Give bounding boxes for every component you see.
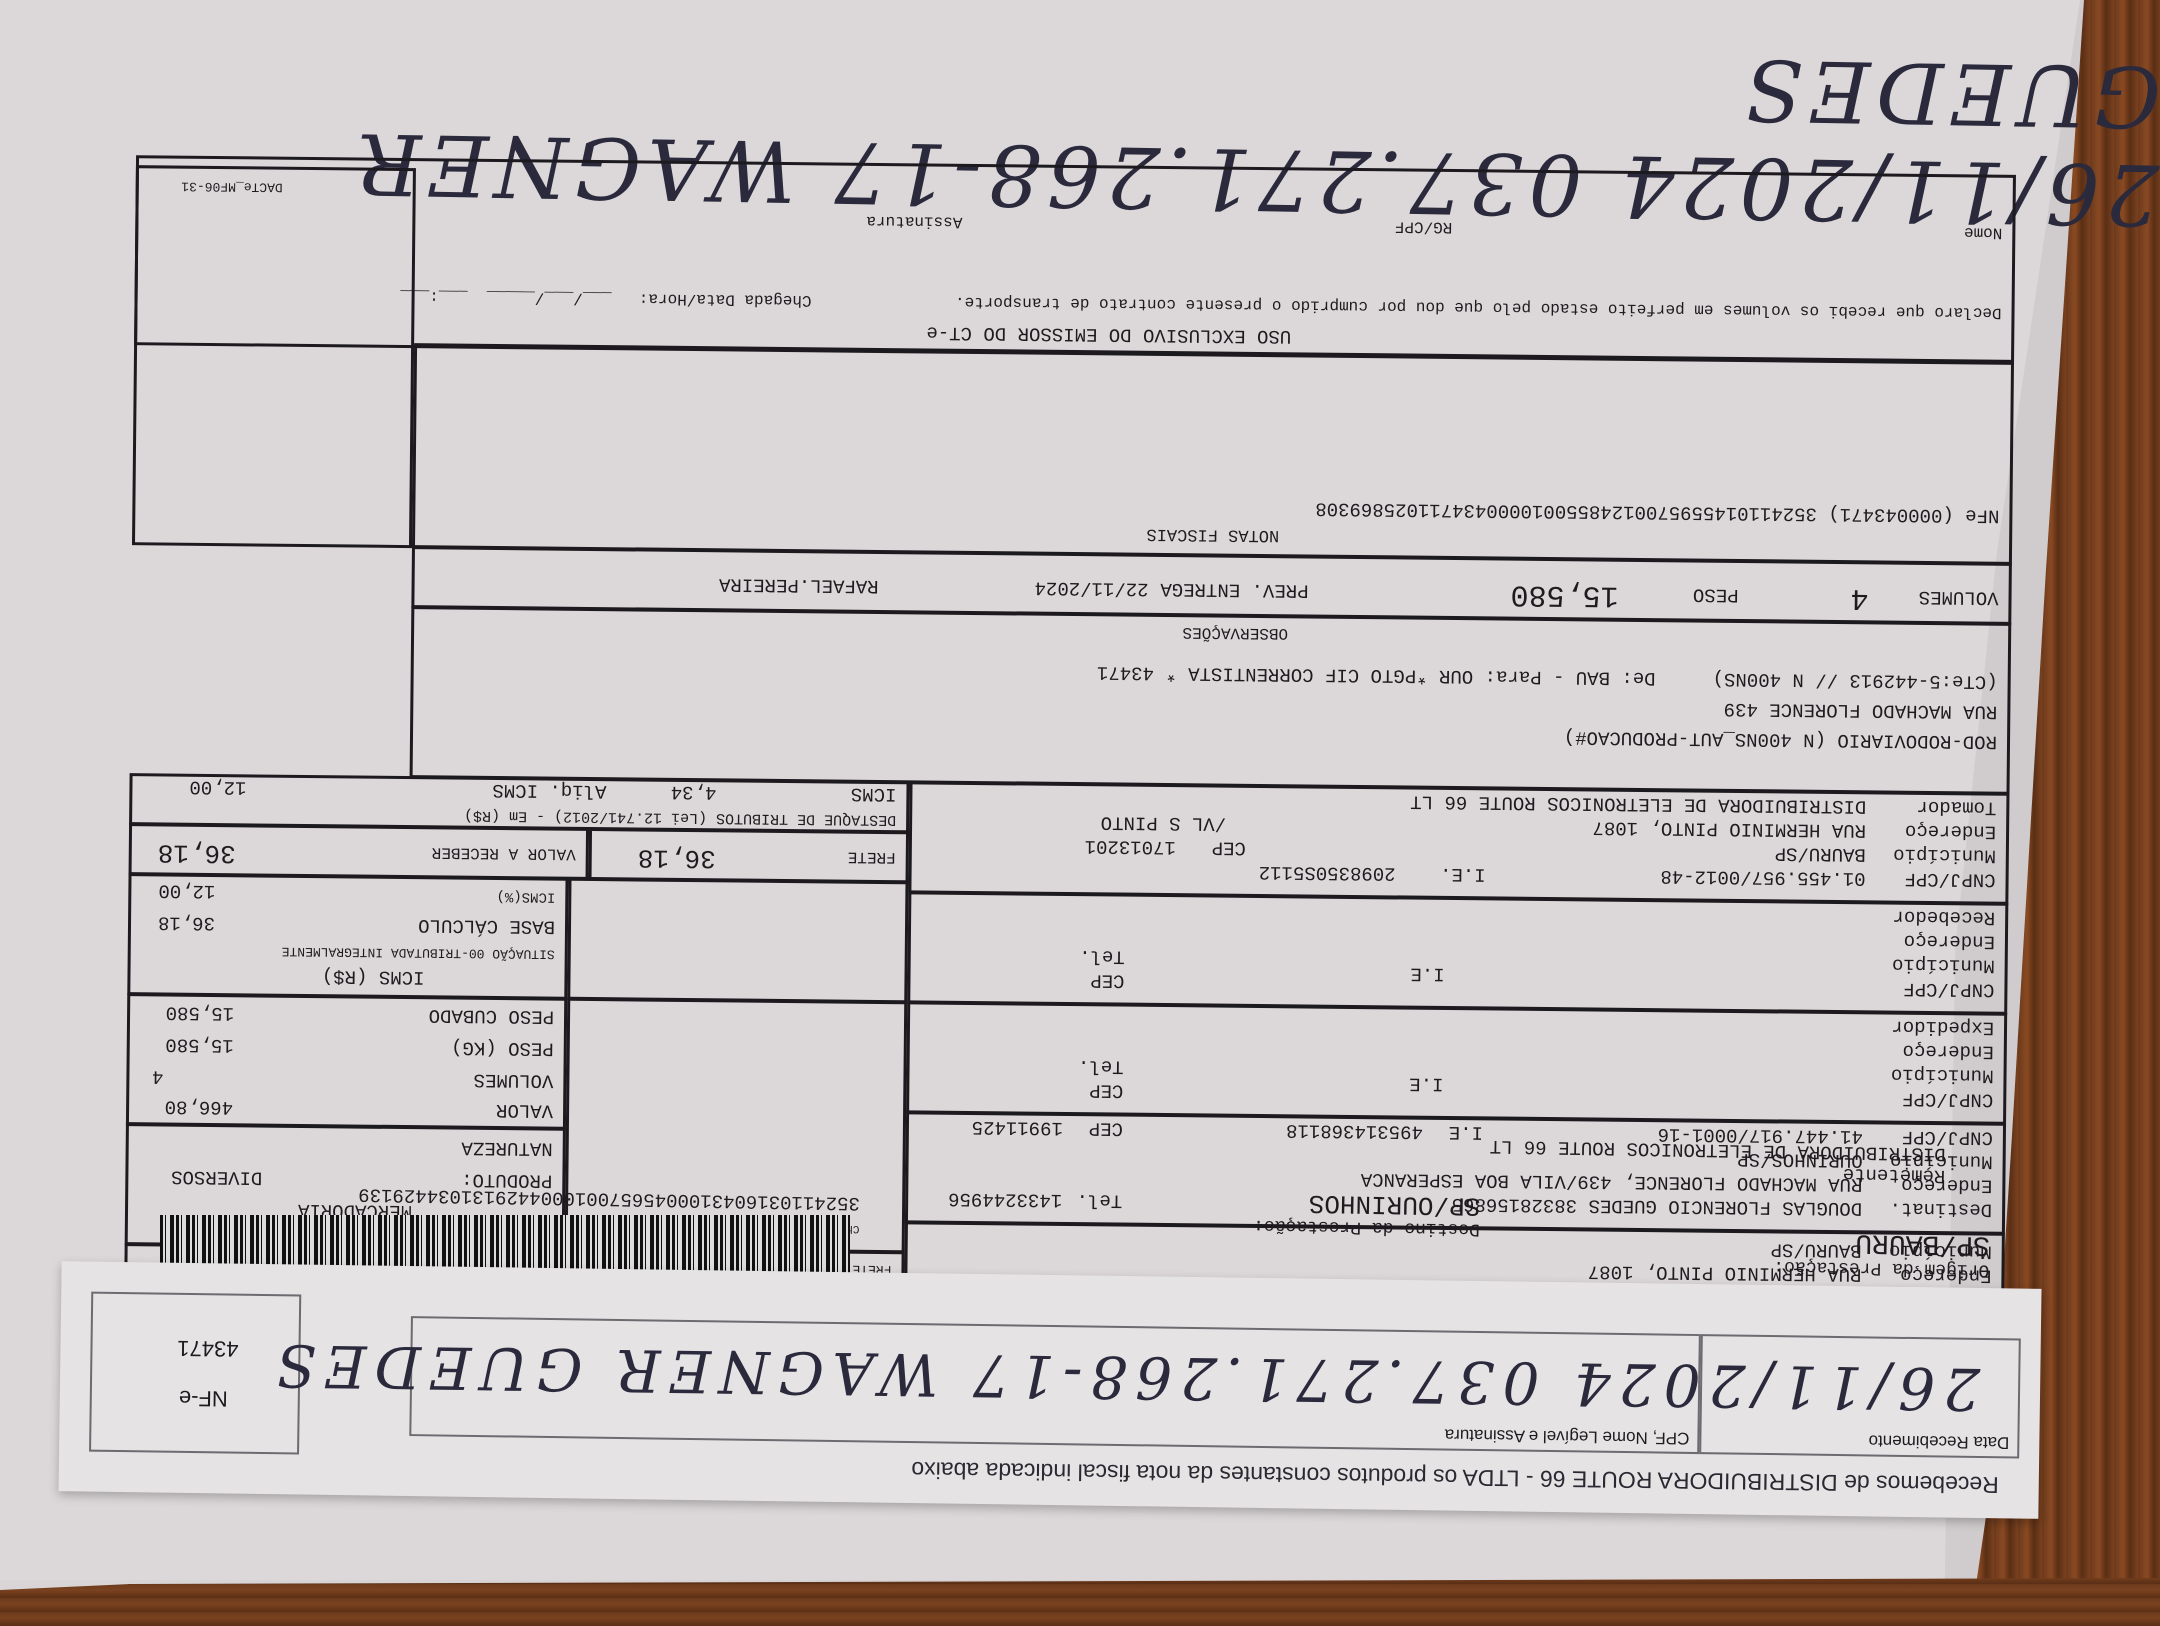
tomador-endereco-label: Endereço	[1905, 819, 1996, 842]
frete-value: 36,18	[638, 842, 716, 873]
frete-box: FRETE 36,18	[589, 828, 910, 883]
observacao-line-3: ROD-RODOVIARIO (N 400NS_AUT-PRODUCAO#)	[1564, 725, 1997, 751]
frete-label: FRETE	[848, 847, 896, 866]
destinatario-cep: 19911425	[972, 1115, 1063, 1138]
tomador-ie: 2098350S5112	[1259, 860, 1396, 883]
stub-sign-label: CPF, Nome Legível e Assinatura	[1445, 1425, 1690, 1448]
tomador-cep: 17013201	[1085, 834, 1176, 857]
recebedor-municipio-label: Município	[1892, 953, 1995, 976]
origem-label: Origem da Prestação:	[1773, 1256, 1989, 1280]
tributos-aliq-label: Aliq. ICMS	[492, 778, 606, 801]
icms-title: ICMS (R$)	[322, 964, 425, 987]
nfe-key: NFe (000043471) 352411014559570012485500…	[1315, 497, 1999, 526]
remetente-name-2: DISTRIBUIDORA DE ELETRONICOS ROUTE 66 LT	[1490, 1135, 1946, 1165]
observacoes-section: OBSERVAÇÕES (CTe:5-442913 // N 400NS) De…	[410, 606, 2012, 795]
destinatario-ie-label: I.E	[1449, 1120, 1483, 1142]
tomador-name: DISTRIBUIDORA DE ELETRONICOS ROUTE 66 LT	[1410, 790, 1866, 817]
stub-date-label: Data Recebimento	[1868, 1430, 2009, 1452]
carga-volumes-value: 4	[152, 1065, 164, 1087]
icms-situacao: SITUAÇÃO 00-TRIBUTADA INTEGRALMENTE	[282, 943, 555, 961]
remetente-label-2: Remetente	[1843, 1163, 1946, 1187]
stub-nfe-number: 43471	[177, 1335, 239, 1362]
icms-base-label: BASE CÁLCULO	[418, 913, 555, 936]
carga-valor-value: 466,80	[165, 1095, 234, 1118]
peso-cubado-label: PESO CUBADO	[429, 1003, 555, 1026]
volumes-value: 4	[1850, 580, 1868, 615]
tributos-aliq-value: 12,00	[189, 775, 246, 797]
tomador-ie-label: I.E.	[1440, 862, 1486, 884]
observacao-line-1: (CTe:5-442913 // N 400NS) De: BAU - Para…	[1097, 660, 1998, 691]
stub-statement: Recebemos de DISTRIBUIDORA ROUTE 66 - LT…	[911, 1456, 1999, 1498]
nfe-receipt-stub: Recebemos de DISTRIBUIDORA ROUTE 66 - LT…	[58, 1261, 2041, 1519]
valor-receber-label: VALOR A RECEBER	[432, 843, 576, 863]
notas-fiscais-title: NOTAS FISCAIS	[1146, 523, 1279, 544]
tomador-municipio: BAURU/SP	[1775, 842, 1866, 865]
recebedor-section: Recebedor Endereço Município CNPJ/CPF I.…	[907, 891, 2008, 1015]
receipt-section: USO EXCLUSIVO DO EMISSOR DO CT-e Declaro…	[134, 155, 2016, 365]
tomador-bairro: /VL S PINTO	[1101, 810, 1227, 833]
tomador-cnpj-label: CNPJ/CPF	[1904, 867, 1995, 890]
expedidor-tel-label: Tel.	[1078, 1054, 1124, 1076]
stub-nfe-label: NF-e	[179, 1385, 228, 1412]
tomador-cep-label: CEP	[1212, 836, 1246, 858]
valor-receber-value: 36,18	[158, 837, 236, 868]
arrival-label: Chegada Data/Hora:	[639, 289, 812, 309]
name-label: Nome	[1964, 223, 2003, 242]
icms-box	[567, 878, 908, 1004]
peso-label: PESO	[1693, 583, 1739, 605]
tomador-municipio-label: Município	[1893, 843, 1996, 866]
expedidor-ie-label: I.E	[1409, 1072, 1443, 1094]
carga-valor-label: VALOR	[496, 1098, 553, 1120]
prev-entrega-label: PREV. ENTREGA	[1160, 577, 1308, 600]
icms-aliq-value: 12,00	[158, 879, 215, 901]
peso-cubado-value: 15,580	[166, 1001, 235, 1024]
tomador-label: Tomador	[1916, 795, 1996, 818]
carga-volumes-label: VOLUMES	[473, 1068, 553, 1091]
prev-entrega-value: 22/11/2024	[1034, 576, 1148, 599]
recebedor-cep-label: CEP	[1090, 968, 1124, 990]
recebedor-cnpj-label: CNPJ/CPF	[1903, 977, 1994, 1000]
tomador-endereco: RUA HERMINIO PINTO, 1087	[1592, 816, 1866, 841]
receipt-declaration: Declaro que recebi os volumes em perfeit…	[955, 292, 2002, 321]
natureza-label: NATUREZA	[461, 1136, 552, 1159]
id-label: RG/CPF	[1395, 217, 1453, 236]
chave-acesso: 3524110316043100045657001000442913103442…	[358, 1183, 860, 1214]
recebedor-tel-label: Tel.	[1079, 944, 1125, 966]
peso-value: 15,580	[1510, 576, 1618, 612]
recebedor-endereco-label: Endereço	[1904, 929, 1995, 952]
observacoes-title: OBSERVAÇÕES	[1182, 623, 1288, 642]
remetente-line: Remetente DISTRIBUIDORA DE ELETRONICOS R…	[1489, 1113, 1992, 1210]
tributos-icms-label: ICMS	[851, 782, 897, 804]
peso-kg-label: PESO (KG)	[451, 1036, 554, 1059]
volumes-label: VOLUMES	[1919, 585, 1999, 608]
expedidor-label: Expedidor	[1891, 1015, 1994, 1038]
expedidor-endereco-label: Endereço	[1902, 1039, 1993, 1062]
peso-kg-value: 15,580	[165, 1033, 234, 1056]
expedidor-cnpj-label: CNPJ/CPF	[1902, 1087, 1993, 1110]
expedidor-section: Expedidor Endereço Município CNPJ/CPF I.…	[906, 1001, 2007, 1125]
arrival-field[interactable]: ___/___/_____ ___:___	[400, 287, 611, 308]
expedidor-municipio-label: Município	[1891, 1063, 1994, 1086]
receipt-header: USO EXCLUSIVO DO EMISSOR DO CT-e	[926, 321, 1291, 347]
tributos-title: DESTAQUE DE TRIBUTOS (Lei 12.741/2012) -…	[464, 806, 896, 828]
destino-value: SP/OURINHOS	[1308, 1188, 1480, 1221]
destinatario-ie: 495314368118	[1286, 1118, 1423, 1141]
signature-label: Assinatura	[866, 211, 962, 230]
tomador-section: Tomador DISTRIBUIDORA DE ELETRONICOS ROU…	[908, 781, 2009, 905]
carga-box: PESO CUBADO 15,580 PESO (KG) 15,580 VOLU…	[126, 993, 567, 1130]
icms-base-value: 36,18	[158, 911, 215, 933]
icms-aliq-label: ICMS(%)	[496, 888, 555, 905]
tributos-icms-value: 4,34	[671, 780, 717, 802]
icms-detail-box: ICMS(%) 12,00 BASE CÁLCULO 36,18 SITUAÇÃ…	[127, 873, 568, 1000]
tomador-cnpj: 01.455.957/0012-48	[1660, 864, 1865, 888]
observacao-line-2: RUA MACHADO FLORENCE 439	[1724, 697, 1998, 722]
valor-receber-box: VALOR A RECEBER 36,18	[129, 823, 590, 880]
expedidor-cep-label: CEP	[1089, 1078, 1123, 1100]
recebedor-ie-label: I.E	[1410, 962, 1444, 984]
destinatario-cep-label: CEP	[1089, 1116, 1123, 1138]
notas-fiscais-section: NOTAS FISCAIS NFe (000043471) 3524110145…	[412, 343, 2014, 565]
responsavel: RAFAEL.PEREIRA	[719, 572, 879, 596]
recebedor-label: Recebedor	[1892, 905, 1995, 928]
origem-value: SP/BAURU	[1855, 1226, 1990, 1259]
right-blank-box	[132, 165, 416, 548]
